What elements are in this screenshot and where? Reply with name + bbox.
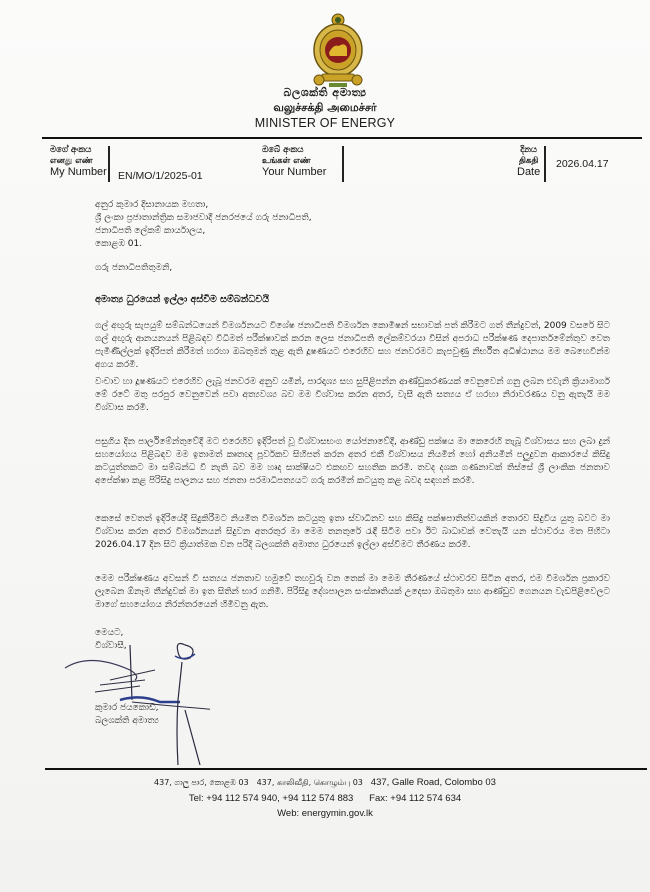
footer-address-sinhala: 437, ගාලු පාර, කොළඹ 03 (154, 778, 249, 787)
footer-divider (45, 768, 647, 770)
ministry-name-english: MINISTER OF ENERGY (0, 116, 650, 130)
addressee-line: අනුර කුමාර දිසානායක මහතා, (95, 199, 312, 212)
signatory-name: කුමාර ජයකොඩි, (95, 702, 159, 715)
salutation: ගරු ජනාධිපතිතුමනි, (95, 262, 172, 275)
footer-fax: Fax: +94 112 574 634 (369, 793, 461, 804)
footer-address-tamil: 437, காலிவீதி, கொழும்பு 03 (257, 778, 363, 787)
date-label: දිනය திகதி Date (517, 145, 540, 178)
addressee-line: ශ්‍රී ලංකා ප්‍රජාතාන්ත්‍රික සමාජවාදී ජනර… (95, 212, 312, 225)
footer-address: 437, ගාලු පාර, කොළඹ 03 437, காலிவீதி, கொ… (0, 777, 650, 788)
addressee-line: කොළඹ 01. (95, 238, 312, 251)
signatory-title: බලශක්ති අමාත්‍ය (95, 715, 159, 728)
my-number-value: EN/MO/1/2025-01 (118, 170, 203, 182)
signatory-block: කුමාර ජයකොඩි, බලශක්ති අමාත්‍ය (95, 702, 159, 728)
body-paragraph: වංචාව හා දූෂණයට එරෙහිව ලැබූ ජනවරම අනුව ය… (95, 376, 610, 415)
closing-line: මෙයට, (95, 627, 127, 640)
footer-address-english: 437, Galle Road, Colombo 03 (371, 777, 496, 788)
letter-page: බලශක්ති අමාත්‍ය வலுச்சக்தி அமைச்சர் MINI… (0, 0, 650, 892)
body-paragraph: මෙම පරීක්ෂණය අවසන් වී සත්‍යය ජනතාව හමුවේ… (95, 573, 610, 612)
addressee-line: ජනාධිපති ලේකම් කාර්යාලය, (95, 225, 312, 238)
my-number-label: මගේ අංකය எனது எண் My Number (50, 145, 107, 178)
addressee-block: අනුර කුමාර දිසානායක මහතා, ශ්‍රී ලංකා ප්‍… (95, 199, 312, 251)
header-divider (42, 137, 642, 139)
your-number-label: ඔබේ අංකය உங்கள் எண் Your Number (262, 145, 326, 178)
ministry-name-sinhala: බලශක්ති අමාත්‍ය (0, 86, 650, 100)
date-value: 2026.04.17 (556, 158, 609, 170)
body-paragraph: කෙසේ වෙතත් ඉදිරියේදී සිදුකිරීමට නියමිත ව… (95, 513, 610, 552)
my-number-divider (108, 146, 110, 182)
body-paragraph: ගල් අඟුරු සැපයුම් සම්බන්ධයෙන් විමර්ශනයට … (95, 320, 610, 372)
body-paragraph: පසුගිය දින පාර්ලිමේන්තුවේදී මට එරෙහිව ඉද… (95, 436, 610, 488)
subject-line: අමාත්‍ය ධුරයෙන් ඉල්ලා අස්වීම සම්බන්ධවයි (95, 293, 269, 306)
national-emblem-icon (303, 10, 373, 90)
footer-website[interactable]: Web: energymin.gov.lk (0, 808, 650, 819)
footer-telephone: Tel: +94 112 574 940, +94 112 574 883 (189, 793, 353, 804)
ministry-name-tamil: வலுச்சக்தி அமைச்சர் (0, 101, 650, 116)
your-number-divider (342, 146, 344, 182)
footer-contact: Tel: +94 112 574 940, +94 112 574 883 Fa… (0, 793, 650, 804)
date-divider (544, 146, 546, 182)
